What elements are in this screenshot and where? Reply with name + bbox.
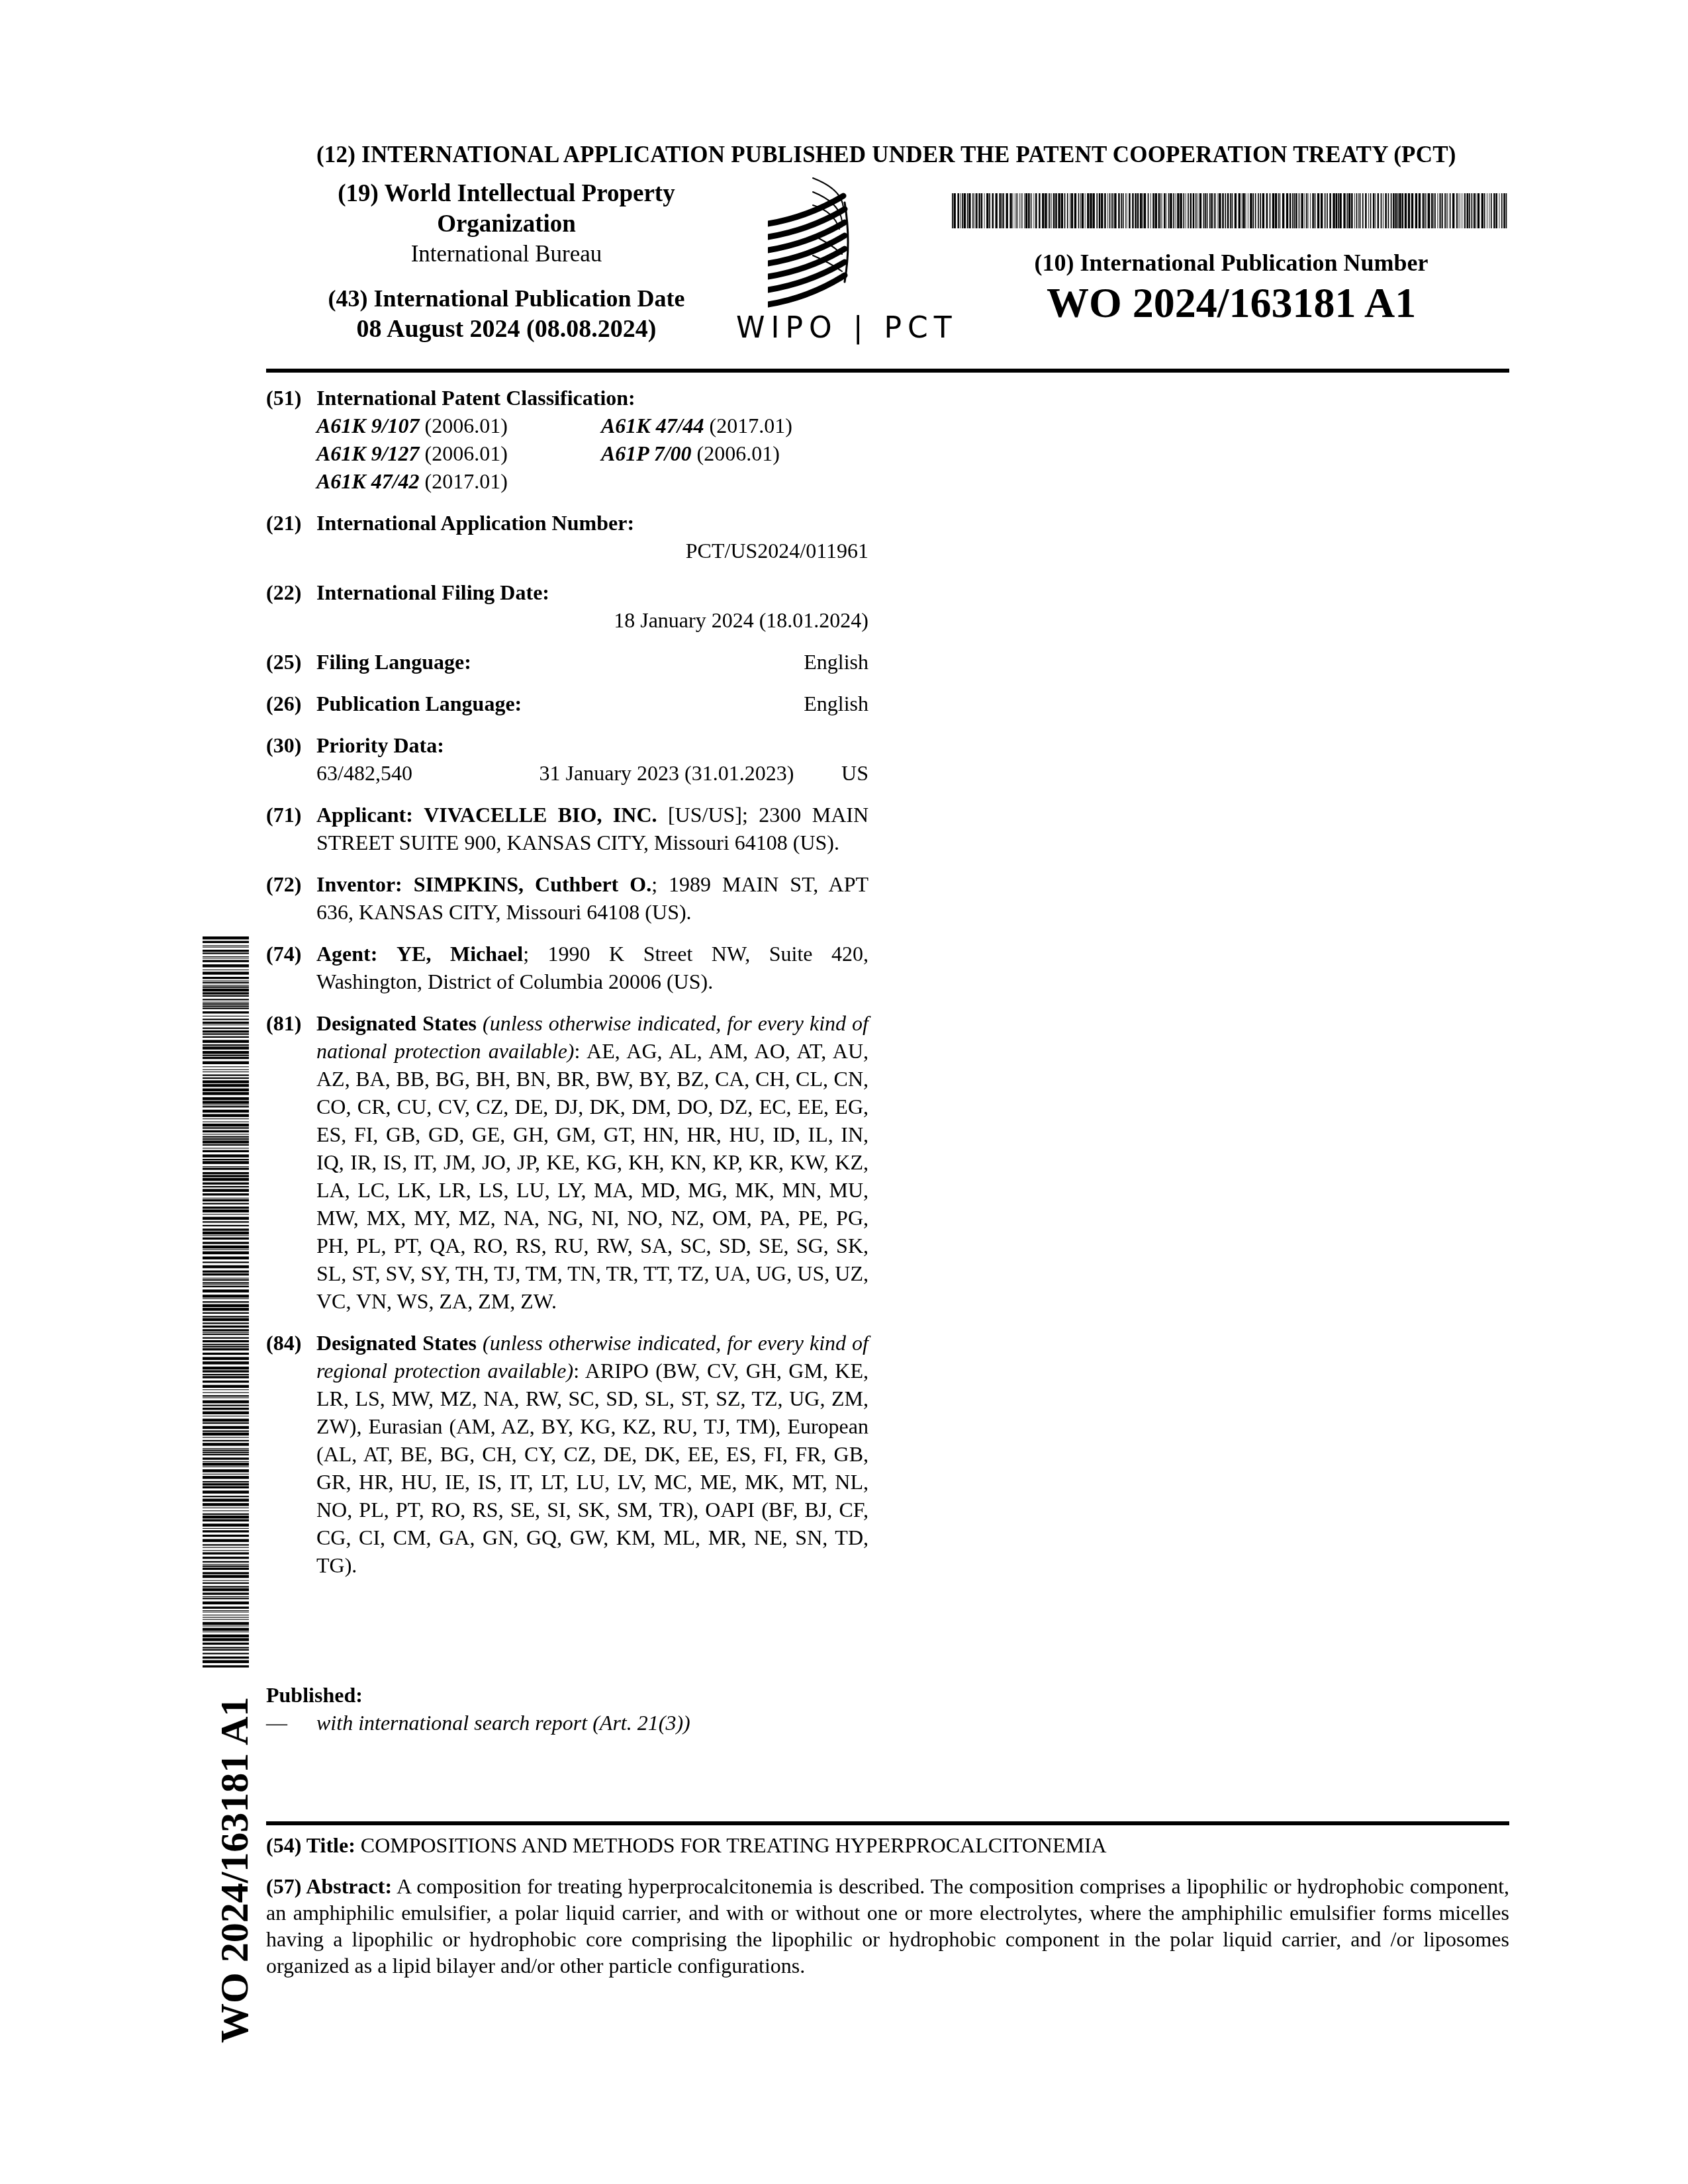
application-number-label: International Application Number: (316, 509, 868, 537)
filing-language-label: Filing Language: (316, 648, 471, 676)
publication-language-label: Publication Language: (316, 690, 522, 717)
inid-code: (22) (266, 578, 316, 606)
inventor-label: Inventor: (316, 872, 402, 896)
dash-bullet: — (266, 1709, 316, 1737)
inventor-name: SIMPKINS, Cuthbert O. (414, 872, 651, 896)
ipc-item: A61P 7/00 (2006.01) (601, 439, 868, 467)
inid-code: (84) (266, 1329, 316, 1357)
bibliographic-data: (51) International Patent Classification… (266, 384, 868, 1593)
ipc-item: A61K 47/44 (2017.01) (601, 412, 868, 439)
applicant-entry: (71) Applicant: VIVACELLE BIO, INC. [US/… (266, 801, 868, 856)
inid-code: (71) (266, 801, 316, 829)
title-label: (54) Title: (266, 1833, 355, 1857)
inventor-entry: (72) Inventor: SIMPKINS, Cuthbert O.; 19… (266, 870, 868, 926)
published-label: Published: (266, 1681, 690, 1709)
designated-states-list: : ARIPO (BW, CV, GH, GM, KE, LR, LS, MW,… (316, 1359, 868, 1577)
inid-code: (74) (266, 940, 316, 968)
publication-date-value: 08 August 2024 (08.08.2024) (291, 314, 722, 344)
document-type-heading: (12) INTERNATIONAL APPLICATION PUBLISHED… (316, 142, 1462, 168)
agent-entry: (74) Agent: YE, Michael; 1990 K Street N… (266, 940, 868, 995)
priority-date: 31 January 2023 (31.01.2023) (539, 759, 794, 787)
designated-states-national-entry: (81) Designated States (unless otherwise… (266, 1009, 868, 1315)
publication-number-label: (10) International Publication Number (953, 248, 1509, 278)
abstract-label: (57) Abstract: (266, 1874, 392, 1898)
applicant-name: VIVACELLE BIO, INC. (424, 803, 657, 827)
publication-number: WO 2024/163181 A1 (953, 278, 1509, 328)
designated-states-label: Designated States (316, 1331, 477, 1355)
issuing-office: (19) World Intellectual Property Organiz… (291, 179, 722, 269)
inid-code: (25) (266, 648, 316, 676)
filing-language-entry: (25) Filing Language: English (266, 648, 868, 676)
publication-language-value: English (804, 690, 868, 717)
header-divider (266, 369, 1509, 373)
application-number-value: PCT/US2024/011961 (316, 537, 868, 565)
ipc-item: A61K 47/42 (2017.01) (316, 467, 601, 495)
title-divider (266, 1821, 1509, 1825)
filing-date-value: 18 January 2024 (18.01.2024) (316, 606, 868, 634)
filing-date-entry: (22) International Filing Date: 18 Janua… (266, 578, 868, 634)
application-number-entry: (21) International Application Number: P… (266, 509, 868, 565)
publication-date-block: (43) International Publication Date 08 A… (291, 283, 722, 344)
title-section: (54) Title: COMPOSITIONS AND METHODS FOR… (266, 1832, 1509, 1858)
inid-code: (30) (266, 731, 316, 759)
published-section: Published: —with international search re… (266, 1681, 690, 1737)
priority-country: US (841, 759, 868, 787)
office-name: World Intellectual Property (385, 180, 675, 207)
filing-language-value: English (804, 648, 868, 676)
designated-states-regional-entry: (84) Designated States (unless otherwise… (266, 1329, 868, 1579)
inid-code: (72) (266, 870, 316, 898)
title-value: COMPOSITIONS AND METHODS FOR TREATING HY… (361, 1833, 1107, 1857)
designated-states-list: : AE, AG, AL, AM, AO, AT, AU, AZ, BA, BB… (316, 1039, 868, 1313)
publication-language-entry: (26) Publication Language: English (266, 690, 868, 717)
abstract-section: (57) Abstract: A composition for treatin… (266, 1873, 1509, 1979)
publication-number-block: (10) International Publication Number WO… (953, 248, 1509, 328)
agent-name: YE, Michael (397, 942, 523, 966)
priority-row: 63/482,540 31 January 2023 (31.01.2023) … (316, 759, 868, 787)
wipo-pct-wordmark: WIPO | PCT (736, 311, 955, 345)
priority-number: 63/482,540 (316, 759, 412, 787)
abstract-text: A composition for treating hyperprocalci… (266, 1874, 1509, 1978)
filing-date-label: International Filing Date: (316, 578, 868, 606)
priority-data-label: Priority Data: (316, 731, 868, 759)
inid-code: (51) (266, 384, 316, 412)
published-item-text: with international search report (Art. 2… (316, 1711, 690, 1735)
ipc-list: A61K 9/107 (2006.01) A61K 47/44 (2017.01… (316, 412, 868, 495)
ipc-entry: (51) International Patent Classification… (266, 384, 868, 495)
side-publication-number: WO 2024/163181 A1 (217, 1697, 252, 2043)
agent-label: Agent: (316, 942, 377, 966)
ipc-item: A61K 9/127 (2006.01) (316, 439, 601, 467)
ipc-label: International Patent Classification: (316, 384, 868, 412)
designated-states-label: Designated States (316, 1011, 477, 1035)
ipc-item: A61K 9/107 (2006.01) (316, 412, 601, 439)
published-item: —with international search report (Art. … (266, 1709, 690, 1737)
barcode-icon (952, 193, 1508, 228)
inid-code: (26) (266, 690, 316, 717)
priority-data-entry: (30) Priority Data: 63/482,540 31 Januar… (266, 731, 868, 787)
inid-code: (21) (266, 509, 316, 537)
publication-date-label: (43) International Publication Date (291, 283, 722, 314)
office-name-line1: (19) World Intellectual Property (291, 179, 722, 209)
bureau-name: International Bureau (291, 240, 722, 269)
wipo-globe-logo-icon (768, 176, 854, 312)
inid-code: (19) (338, 180, 379, 207)
applicant-label: Applicant: (316, 803, 413, 827)
inid-code: (81) (266, 1009, 316, 1037)
barcode-icon (203, 936, 249, 1670)
office-name-line2: Organization (291, 209, 722, 240)
